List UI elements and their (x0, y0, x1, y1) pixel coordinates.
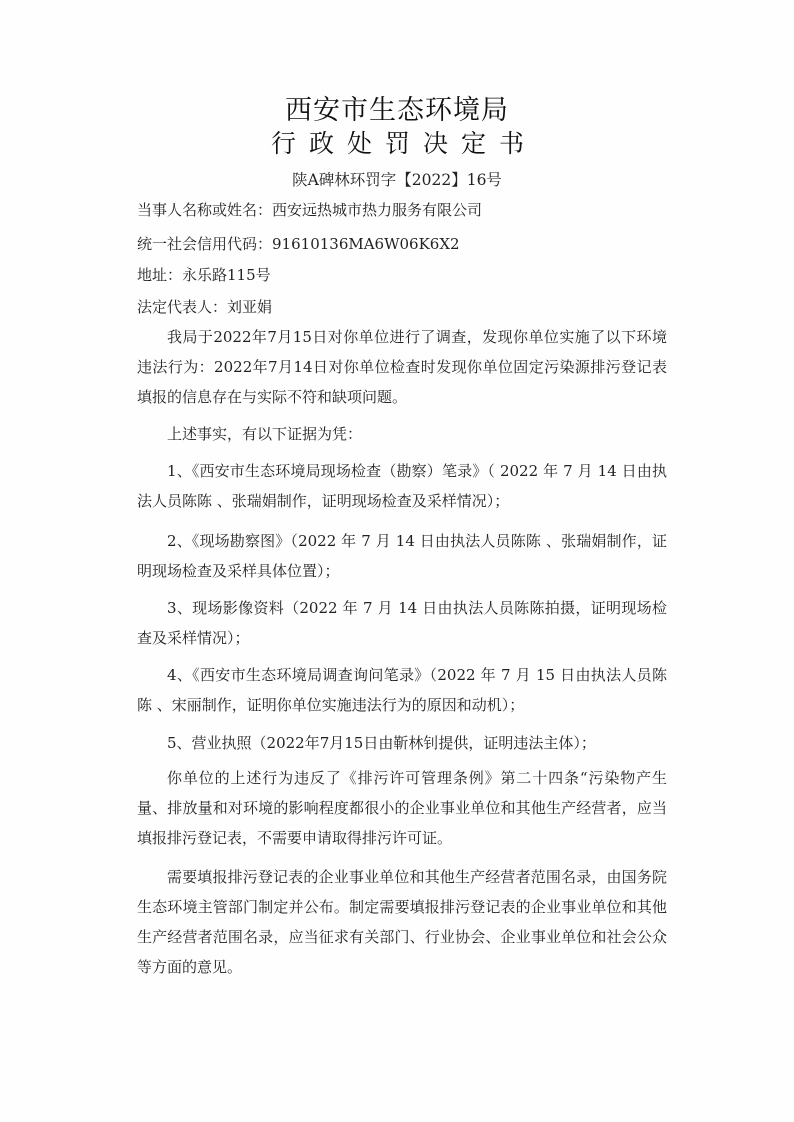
evidence-item-4: 4、《西安市生态环境局调查询问笔录》（2022 年 7 月 15 日由执法人员陈… (137, 660, 667, 720)
regulation-paragraph: 需要填报排污登记表的企业事业单位和其他生产经营者范围名录，由国务院生态环境主管部… (137, 862, 667, 982)
party-name-field: 当事人名称或姓名：西安远热城市热力服务有限公司 (137, 199, 482, 220)
findings-paragraph: 我局于2022年7月15日对你单位进行了调查，发现你单位实施了以下环境违法行为：… (137, 322, 667, 412)
credit-code-field: 统一社会信用代码：91610136MA6W06K6X2 (137, 233, 460, 254)
legal-representative-field: 法定代表人：刘亚娟 (137, 296, 272, 317)
field-label: 法定代表人： (137, 298, 227, 316)
address-field: 地址：永乐路115号 (137, 264, 271, 285)
document-number: 陕A碑林环罚字【2022】16号 (0, 168, 794, 190)
violation-paragraph: 你单位的上述行为违反了《排污许可管理条例》第二十四条“污染物产生量、排放量和对环… (137, 763, 667, 853)
field-label: 当事人名称或姓名： (137, 201, 272, 219)
evidence-item-2: 2、《现场勘察图》（2022 年 7 月 14 日由执法人员陈陈 、张瑞娟制作，… (137, 526, 667, 586)
evidence-item-3: 3、现场影像资料（2022 年 7 月 14 日由执法人员陈陈拍摄，证明现场检查… (137, 593, 667, 653)
agency-title: 西安市生态环境局 (0, 88, 794, 127)
field-value: 刘亚娟 (227, 298, 272, 316)
field-value: 91610136MA6W06K6X2 (272, 235, 460, 253)
document-type-title: 行政处罚决定书 (0, 124, 794, 160)
evidence-item-5: 5、营业执照（2022年7月15日由靳林钊提供，证明违法主体）； (137, 728, 667, 758)
field-label: 统一社会信用代码： (137, 235, 272, 253)
field-value: 西安远热城市热力服务有限公司 (272, 201, 482, 219)
evidence-item-1: 1、《西安市生态环境局现场检查（勘察）笔录》（ 2022 年 7 月 14 日由… (137, 456, 667, 516)
field-label: 地址： (137, 266, 182, 284)
evidence-intro: 上述事实，有以下证据为凭： (137, 419, 667, 449)
document-page: 西安市生态环境局 行政处罚决定书 陕A碑林环罚字【2022】16号 当事人名称或… (0, 0, 794, 1122)
field-value: 永乐路115号 (182, 266, 271, 284)
